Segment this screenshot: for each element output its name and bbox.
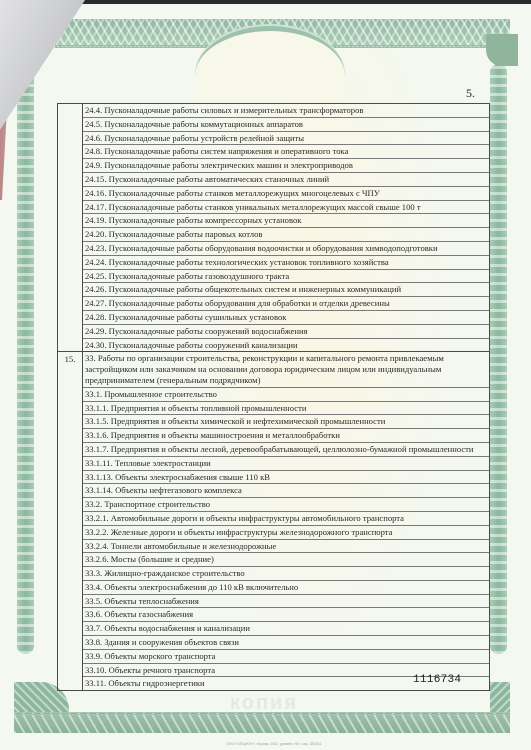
list-item: 33.2. Транспортное строительство [83, 498, 489, 512]
list-item: 33.2.2. Железные дороги и объекты инфрас… [83, 526, 489, 540]
list-item: 33.2.6. Мосты (большие и средние) [83, 553, 489, 567]
list-item: 33.1.11. Тепловые электростанции [83, 457, 489, 471]
list-item: 33.3. Жилищно-гражданское строительство [83, 567, 489, 581]
list-item: 33.1.1. Предприятия и объекты топливной … [83, 402, 489, 416]
list-item: 33.1.14. Объекты нефтегазового комплекса [83, 484, 489, 498]
guilloche-border-left [17, 64, 34, 654]
certificate-page: 5. 24.4. Пусконаладочные работы силовых … [0, 4, 531, 750]
list-item: 24.28. Пусконаладочные работы сушильных … [83, 311, 489, 325]
row-number [58, 104, 83, 352]
list-item: 33.2.1. Автомобильные дороги и объекты и… [83, 512, 489, 526]
list-item: 24.23. Пусконаладочные работы оборудован… [83, 242, 489, 256]
list-item: 33.9. Объекты морского транспорта [83, 650, 489, 664]
list-item: 33.1.6. Предприятия и объекты машиностро… [83, 429, 489, 443]
list-item: 33.2.4. Тоннели автомобильные и железнод… [83, 540, 489, 554]
list-item: 24.29. Пусконаладочные работы сооружений… [83, 325, 489, 339]
list-item: 24.4. Пусконаладочные работы силовых и и… [83, 104, 489, 118]
list-item: 33.5. Объекты теплоснабжения [83, 595, 489, 609]
list-item: 24.19. Пусконаладочные работы компрессор… [83, 214, 489, 228]
list-item: 24.5. Пусконаладочные работы коммутацион… [83, 118, 489, 132]
list-item: 24.8. Пусконаладочные работы систем напр… [83, 145, 489, 159]
list-item: 24.16. Пусконаладочные работы станков ме… [83, 187, 489, 201]
list-item: 24.6. Пусконаладочные работы устройств р… [83, 132, 489, 146]
section-heading: 33. Работы по организации строительства,… [83, 352, 489, 387]
guilloche-border-right [490, 64, 507, 654]
list-item: 33.8. Здания и сооружения объектов связи [83, 636, 489, 650]
list-item: 24.15. Пусконаладочные работы автоматиче… [83, 173, 489, 187]
corner-ornament-top-right [486, 34, 518, 66]
table-row: 24.4. Пусконаладочные работы силовых и и… [58, 104, 490, 352]
row-content: 24.4. Пусконаладочные работы силовых и и… [83, 104, 490, 352]
list-item: 33.1. Промышленное строительство [83, 388, 489, 402]
works-table: 24.4. Пусконаладочные работы силовых и и… [57, 103, 490, 691]
guilloche-border-bottom [14, 712, 510, 733]
copy-watermark: копия [230, 692, 298, 715]
printer-imprint: ООО «ОПЦИОН», Москва, 2011, уровень «Б»,… [226, 742, 322, 746]
page-number: 5. [466, 86, 475, 101]
list-item: 24.25. Пусконаладочные работы газовоздуш… [83, 270, 489, 284]
list-item: 24.9. Пусконаладочные работы электрическ… [83, 159, 489, 173]
list-item: 24.17. Пусконаладочные работы станков ун… [83, 201, 489, 215]
list-item: 24.20. Пусконаладочные работы паровых ко… [83, 228, 489, 242]
row-number: 15. [58, 352, 83, 691]
table-row: 15.33. Работы по организации строительст… [58, 352, 490, 691]
list-item: 33.6. Объекты газоснабжения [83, 608, 489, 622]
list-item: 33.7. Объекты водоснабжения и канализаци… [83, 622, 489, 636]
list-item: 33.1.7. Предприятия и объекты лесной, де… [83, 443, 489, 457]
row-content: 33. Работы по организации строительства,… [83, 352, 490, 691]
list-item: 33.1.5. Предприятия и объекты химической… [83, 415, 489, 429]
list-item: 24.26. Пусконаладочные работы общекотель… [83, 283, 489, 297]
list-item: 24.30. Пусконаладочные работы сооружений… [83, 339, 489, 352]
list-item: 24.27. Пусконаладочные работы оборудован… [83, 297, 489, 311]
serial-number: 1116734 [413, 674, 461, 686]
list-item: 24.24. Пусконаладочные работы технологич… [83, 256, 489, 270]
list-item: 33.1.13. Объекты электроснабжения свыше … [83, 471, 489, 485]
list-item: 33.4. Объекты электроснабжения до 110 кВ… [83, 581, 489, 595]
